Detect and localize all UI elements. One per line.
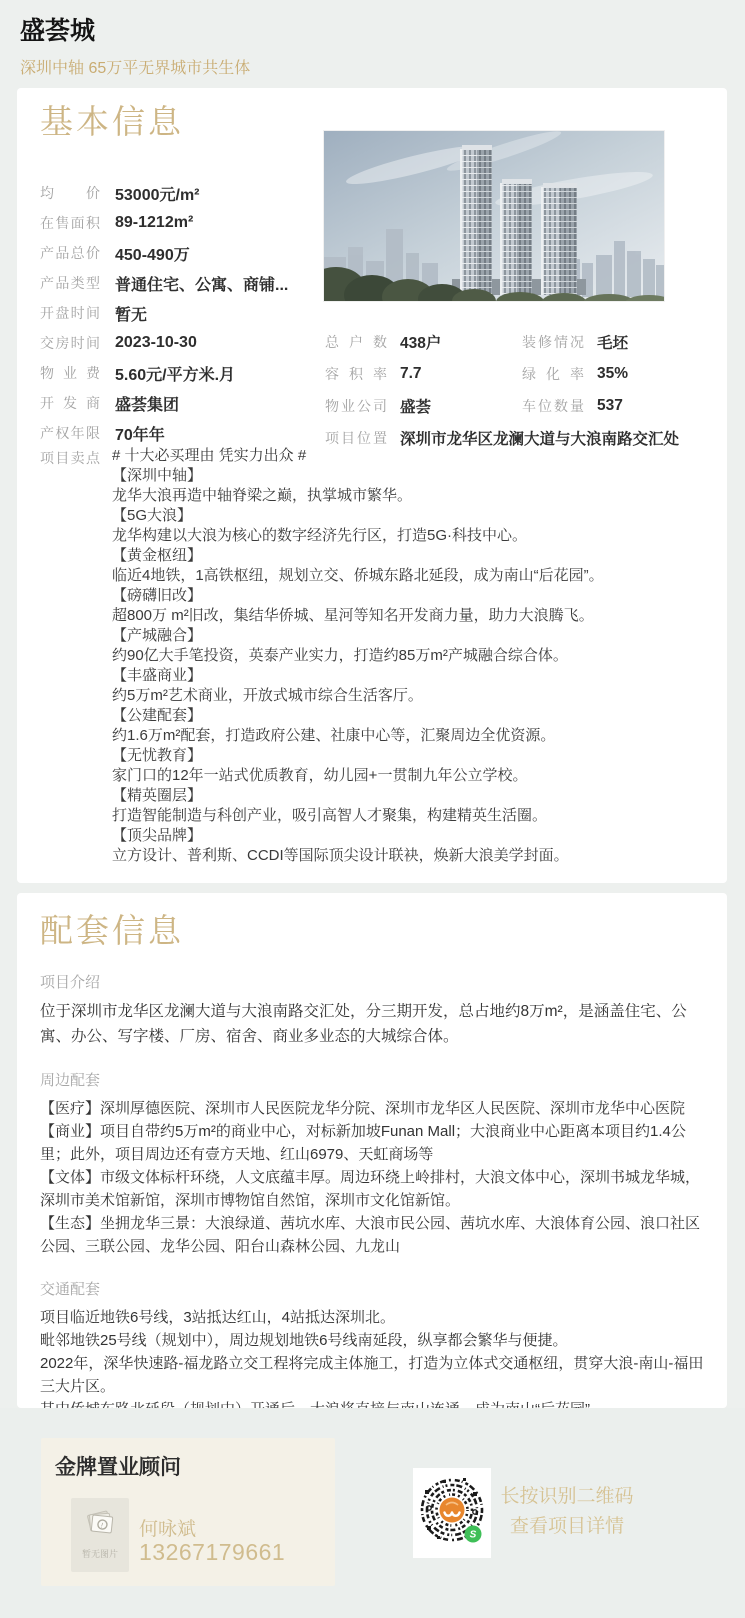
selling-points: 项目卖点 # 十大必买理由 凭实力出众 # 【深圳中轴】 龙华大浪再造中轴脊梁之… xyxy=(40,446,740,866)
svg-text:S: S xyxy=(470,1530,477,1541)
selling-point-line: 【深圳中轴】 xyxy=(112,466,740,486)
basic-info-grid: 总户数 438户 装修情况 毛坯 容积率 7.7 绿化率 35% 物业公司 盛荟 xyxy=(325,326,719,454)
selling-point-line: # 十大必买理由 凭实力出众 # xyxy=(112,446,740,466)
basic-info-card: 基本信息 均价 53000元/m² 在售面积 89-1212m² 产品总价 45… xyxy=(17,88,727,883)
info-row-area: 在售面积 89-1212m² xyxy=(40,208,288,238)
info-row-price: 均价 53000元/m² xyxy=(40,178,288,208)
qr-tip-line2: 查看项目详情 xyxy=(497,1512,637,1542)
project-title: 盛荟城 xyxy=(20,16,725,46)
no-photo-icon: ! xyxy=(83,1508,117,1540)
selling-point-line: 【黄金枢纽】 xyxy=(112,546,740,566)
info-value: 5.60元/平方米.月 xyxy=(115,362,235,385)
info-row-total-price: 产品总价 450-490万 xyxy=(40,238,288,268)
amenities-title: 配套信息 xyxy=(40,911,704,951)
selling-point-line: 【磅礴旧改】 xyxy=(112,586,740,606)
selling-point-line: 【精英圈层】 xyxy=(112,786,740,806)
project-rendering-image[interactable] xyxy=(323,130,665,302)
info-value: 35% xyxy=(597,365,719,383)
selling-point-line: 【产城融合】 xyxy=(112,626,740,646)
selling-point-line: 立方设计、普利斯、CCDI等国际顶尖设计联袂，焕新大浪美学封面。 xyxy=(112,846,740,866)
info-value: 盛荟集团 xyxy=(115,392,179,415)
around-culture: 【文体】市级文体标杆环绕，人文底蕴丰厚。周边环绕上岭排村，大浪文体中心，深圳书城… xyxy=(40,1166,704,1212)
page-header: 盛荟城 深圳中轴 65万平无界城市共生体 xyxy=(0,0,745,88)
consultant-card-title: 金牌置业顾问 xyxy=(55,1451,181,1481)
info-row-property-fee: 物业费 5.60元/平方米.月 xyxy=(40,358,288,388)
info-label: 装修情况 xyxy=(522,332,584,352)
info-value: 7.7 xyxy=(400,365,522,383)
info-value: 89-1212m² xyxy=(115,214,193,232)
selling-point-line: 【顶尖品牌】 xyxy=(112,826,740,846)
selling-point-line: 约90亿大手笔投资，英泰产业实力，打造约85万m²产城融合综合体。 xyxy=(112,646,740,666)
info-label: 总户数 xyxy=(325,332,387,352)
around-medical: 【医疗】深圳厚德医院、深圳市人民医院龙华分院、深圳市龙华区人民医院、深圳市龙华中… xyxy=(40,1097,704,1120)
selling-point-line: 临近4地铁，1高铁枢纽，规划立交、侨城东路北延段，成为南山“后花园”。 xyxy=(112,566,740,586)
info-label: 项目位置 xyxy=(325,428,387,448)
intro-paragraph: 位于深圳市龙华区龙澜大道与大浪南路交汇处，分三期开发，总占地约8万m²，是涵盖住… xyxy=(40,999,704,1049)
info-value: 537 xyxy=(597,397,719,415)
info-value: 438户 xyxy=(400,331,522,353)
info-label: 绿化率 xyxy=(522,364,584,384)
grid-row-plot-ratio: 容积率 7.7 绿化率 35% xyxy=(325,358,719,390)
info-row-developer: 开发商 盛荟集团 xyxy=(40,388,288,418)
grid-row-households: 总户数 438户 装修情况 毛坯 xyxy=(325,326,719,358)
traffic-line: 其中侨城东路北延段（规划中）开通后，大浪将直接与南山连通，成为南山“后花园”。 xyxy=(40,1398,704,1408)
info-value: 普通住宅、公寓、商铺... xyxy=(115,272,288,295)
selling-point-line: 超800万 m²旧改，集结华侨城、星河等知名开发商力量，助力大浪腾飞。 xyxy=(112,606,740,626)
info-value: 70年年 xyxy=(115,422,165,445)
qr-tip-line1: 长按识别二维码 xyxy=(497,1482,637,1512)
basic-info-title: 基本信息 xyxy=(40,102,184,142)
selling-point-line: 龙华构建以大浪为核心的数字经济先行区，打造5G·科技中心。 xyxy=(112,526,740,546)
selling-point-line: 【无忧教育】 xyxy=(112,746,740,766)
info-value: 450-490万 xyxy=(115,242,190,265)
info-label: 在售面积 xyxy=(40,213,100,233)
selling-point-line: 打造智能制造与科创产业，吸引高智人才聚集，构建精英生活圈。 xyxy=(112,806,740,826)
consultant-phone[interactable]: 13267179661 xyxy=(139,1539,285,1566)
info-label: 物业公司 xyxy=(325,396,387,416)
info-row-open-date: 开盘时间 暂无 xyxy=(40,298,288,328)
project-slogan: 深圳中轴 65万平无界城市共生体 xyxy=(20,55,725,78)
around-ecology: 【生态】坐拥龙华三景：大浪绿道、茜坑水库、大浪市民公园、茜坑水库、大浪体育公园、… xyxy=(40,1212,704,1258)
consultant-footer: 金牌置业顾问 ! 暂无图片 何咏斌 13267179661 xyxy=(0,1408,745,1618)
selling-points-label: 项目卖点 xyxy=(40,448,100,866)
traffic-section-label: 交通配套 xyxy=(40,1278,704,1299)
info-value: 2023-10-30 xyxy=(115,334,197,352)
wechat-qr-code[interactable]: S xyxy=(413,1468,491,1558)
selling-point-line: 【丰盛商业】 xyxy=(112,666,740,686)
grid-row-property-company: 物业公司 盛荟 车位数量 537 xyxy=(325,390,719,422)
info-label: 开发商 xyxy=(40,393,100,413)
around-section-label: 周边配套 xyxy=(40,1069,704,1090)
selling-point-line: 约5万m²艺术商业，开放式城市综合生活客厅。 xyxy=(112,686,740,706)
info-value: 53000元/m² xyxy=(115,182,200,205)
basic-info-rows: 均价 53000元/m² 在售面积 89-1212m² 产品总价 450-490… xyxy=(40,178,288,448)
no-image-label: 暂无图片 xyxy=(71,1547,129,1560)
info-label: 均价 xyxy=(40,183,100,203)
info-row-delivery-date: 交房时间 2023-10-30 xyxy=(40,328,288,358)
consultant-card: 金牌置业顾问 ! 暂无图片 何咏斌 13267179661 xyxy=(41,1438,335,1586)
info-label: 车位数量 xyxy=(522,396,584,416)
info-label: 开盘时间 xyxy=(40,303,100,323)
traffic-line: 项目临近地铁6号线，3站抵达红山，4站抵达深圳北。 xyxy=(40,1306,704,1329)
traffic-line: 毗邻地铁25号线（规划中），周边规划地铁6号线南延段，纵享都会繁华与便捷。 xyxy=(40,1329,704,1352)
traffic-line: 2022年，深华快速路-福龙路立交工程将完成主体施工，打造为立体式交通枢纽，贯穿… xyxy=(40,1352,704,1398)
selling-points-content: # 十大必买理由 凭实力出众 # 【深圳中轴】 龙华大浪再造中轴脊梁之巅，执掌城… xyxy=(112,446,740,866)
info-label: 交房时间 xyxy=(40,333,100,353)
qr-tip-text: 长按识别二维码 查看项目详情 xyxy=(497,1482,637,1542)
amenities-card: 配套信息 项目介绍 位于深圳市龙华区龙澜大道与大浪南路交汇处，分三期开发，总占地… xyxy=(17,893,727,1408)
info-label: 产权年限 xyxy=(40,423,100,443)
info-label: 容积率 xyxy=(325,364,387,384)
info-value: 毛坯 xyxy=(597,331,719,353)
selling-point-line: 【5G大浪】 xyxy=(112,506,740,526)
info-value: 暂无 xyxy=(115,302,147,325)
info-row-product-type: 产品类型 普通住宅、公寓、商铺... xyxy=(40,268,288,298)
info-row-tenure: 产权年限 70年年 xyxy=(40,418,288,448)
info-label: 产品类型 xyxy=(40,273,100,293)
consultant-name: 何咏斌 xyxy=(139,1514,196,1541)
selling-point-line: 【公建配套】 xyxy=(112,706,740,726)
selling-point-line: 家门口的12年一站式优质教育，幼儿园+一贯制九年公立学校。 xyxy=(112,766,740,786)
info-value: 盛荟 xyxy=(400,395,522,417)
qr-center-logo xyxy=(440,1498,465,1523)
intro-section-label: 项目介绍 xyxy=(40,971,704,992)
info-label: 物业费 xyxy=(40,363,100,383)
selling-point-line: 龙华大浪再造中轴脊梁之巅，执掌城市繁华。 xyxy=(112,486,740,506)
selling-point-line: 约1.6万m²配套，打造政府公建、社康中心等，汇聚周边全优资源。 xyxy=(112,726,740,746)
around-commerce: 【商业】项目自带约5万m²的商业中心，对标新加坡Funan Mall；大浪商业中… xyxy=(40,1120,704,1166)
consultant-avatar-placeholder: ! 暂无图片 xyxy=(71,1498,129,1572)
info-label: 产品总价 xyxy=(40,243,100,263)
